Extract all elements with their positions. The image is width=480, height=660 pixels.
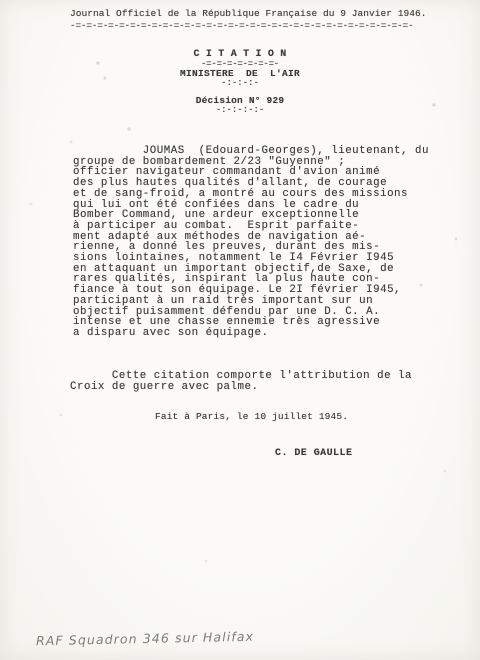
journal-header: Journal Officiel de la République França… [70, 8, 427, 30]
signature-line: C. DE GAULLE [275, 448, 352, 459]
handwritten-note: RAF Squadron 346 sur Halifax [36, 629, 254, 649]
journal-header-rule: -=-=-=-=-=-=-=-=-=-=-=-=-=-=-=-=-=-=-=-=… [70, 21, 427, 30]
citation-body-paragraph: JOUMAS (Edouard-Georges), lieutenant, du… [73, 146, 429, 339]
journal-title-line: Journal Officiel de la République França… [70, 8, 427, 20]
closing-paragraph: Cette citation comporte l'attribution de… [70, 371, 412, 392]
paper-speckles [0, 0, 2, 2]
scanned-document-page: Journal Officiel de la République França… [0, 0, 480, 660]
place-date-line: Fait à Paris, le 10 juillet 1945. [155, 411, 348, 422]
decision-rule: -:-:-:-:- [0, 106, 480, 115]
ministry-rule: -:-:-:- [0, 79, 480, 88]
citation-heading-block: C I T A T I O N -=-=-=-=-=-=-=- MINISTER… [0, 50, 480, 115]
